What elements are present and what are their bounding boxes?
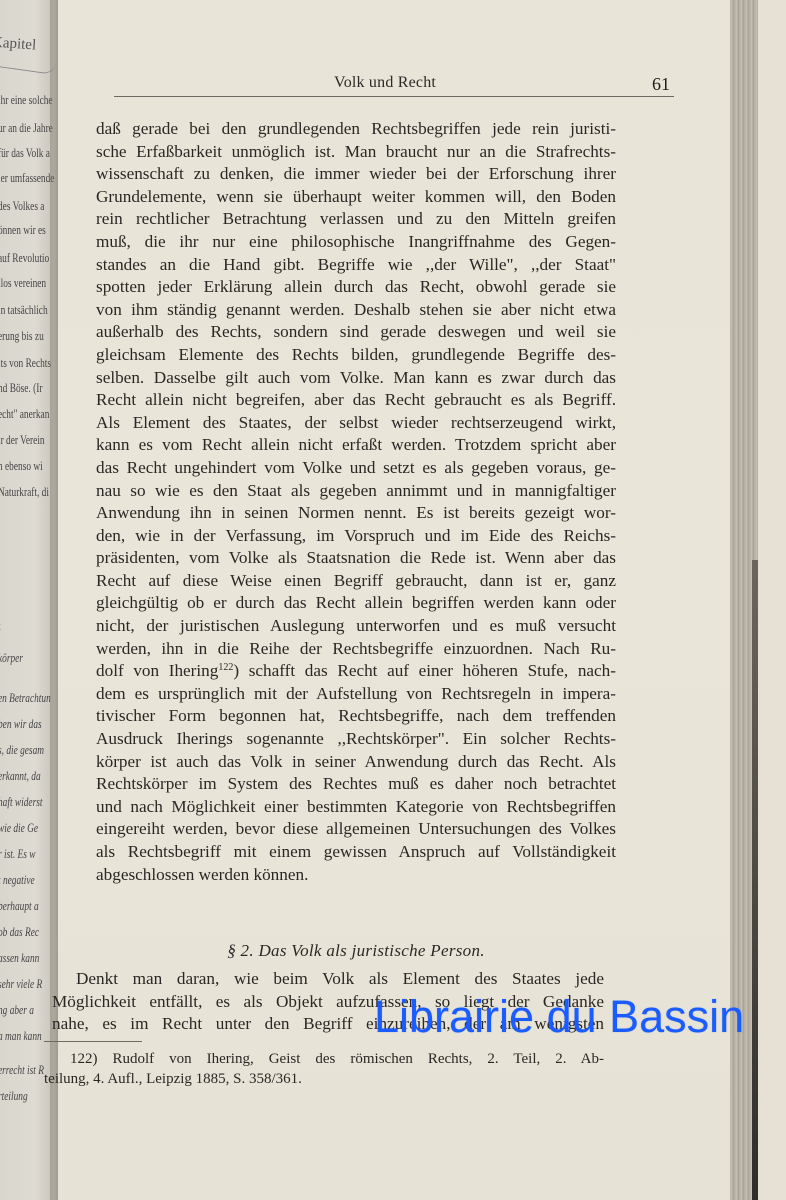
text-line: dem es ursprünglich mit der Aufstellung … <box>96 683 616 706</box>
text-line: Rechtskörper im System des Rechtes muß e… <box>96 773 616 796</box>
left-page-fragment: n ebenso wi <box>0 458 43 474</box>
text-line: präsidenten, vom Volke als Staatsnation … <box>96 547 616 570</box>
text-line: tivischer Form begonnen hat, Rechtsbegri… <box>96 705 616 728</box>
left-page-fragment: sehr viele R <box>0 976 42 992</box>
left-page-fragment: ng aber a <box>0 1002 34 1018</box>
left-page-fragment: für das Volk a <box>0 145 50 161</box>
text-line: kann es vom Recht allein nicht erfaßt we… <box>96 434 616 457</box>
left-page-fragment: ler umfassende <box>0 170 54 186</box>
text-line: eingereiht werden, bevor diese allgemein… <box>96 818 616 841</box>
text-line: muß, die ihr nur eine philosophische Ina… <box>96 231 616 254</box>
left-page-fragment: ihr eine solche <box>0 92 53 108</box>
text-line: Recht allein nicht begreifen, aber das R… <box>96 389 616 412</box>
left-page-header-rule <box>0 54 57 75</box>
left-page-fragment: en Betrachtun <box>0 690 51 706</box>
left-page-fragment: ir der Verein <box>0 432 45 448</box>
left-page-fragment: rteilung <box>0 1088 28 1104</box>
text-line: Grundelemente, wenn sie überhaupt weiter… <box>96 186 616 209</box>
left-page-fragment: a man kann <box>0 1028 42 1044</box>
text-line: von ihm ständig genannt werden. Deshalb … <box>96 299 616 322</box>
left-page-fragment: ob das Rec <box>0 924 39 940</box>
ihering-text-after: ) schafft das Recht auf einer höheren St… <box>233 661 616 680</box>
left-page-fragment: haft widerst <box>0 794 42 810</box>
left-page-fragment: t negative <box>0 872 35 888</box>
body-lines: daß gerade bei den grundlegenden Rechtsb… <box>96 118 616 660</box>
text-line: spotten jeder Erklärung allein durch das… <box>96 276 616 299</box>
text-line: nicht, der juristischen Auslegung unterw… <box>96 615 616 638</box>
text-line: außerhalb des Rechts, sondern sind gerad… <box>96 321 616 344</box>
text-line: körper ist auch das Volk in seiner Anwen… <box>96 751 616 774</box>
text-line: Anwendung ihn in seinen Normen nennt. Es… <box>96 502 616 525</box>
left-page-fragment: in tatsächlich <box>0 302 48 318</box>
footnote-ref-122[interactable]: 122 <box>218 662 233 673</box>
left-page-fragment: auf Revolutio <box>0 250 49 266</box>
footnotes: 122) Rudolf von Ihering, Geist des römis… <box>44 1049 604 1089</box>
footnote-122-line1: 122) Rudolf von Ihering, Geist des römis… <box>44 1049 604 1069</box>
text-line: wissenschaft zu denken, die immer wieder… <box>96 163 616 186</box>
text-line: das Recht ungehindert vom Volke und setz… <box>96 457 616 480</box>
text-line: Recht auf diese Weise einen Begriff gebr… <box>96 570 616 593</box>
left-page-fragment: t <box>0 618 1 634</box>
left-page-fragment: berhaupt a <box>0 898 39 914</box>
text-line: gleichgültig ob er durch das Recht allei… <box>96 592 616 615</box>
watermark: Librairie du Bassin <box>374 994 744 1039</box>
text-line: rein rechtlicher Betrachtung verlassen u… <box>96 208 616 231</box>
left-page-fragment: ur an die Jahre <box>0 120 53 136</box>
text-line: daß gerade bei den grundlegenden Rechtsb… <box>96 118 616 141</box>
text-line: Denkt man daran, wie beim Volk als Eleme… <box>52 968 604 991</box>
section-heading: § 2. Das Volk als juristische Person. <box>96 941 616 961</box>
left-page-fragment: körper <box>0 650 23 666</box>
text-line: und nach Möglichkeit einer bestimmten Ka… <box>96 796 616 819</box>
left-page-fragment: echt" anerkan <box>0 406 49 422</box>
left-page-fragment: nd Böse. (Ir <box>0 380 42 396</box>
body-text: daß gerade bei den grundlegenden Rechtsb… <box>96 118 616 886</box>
running-head: Volk und Recht 61 <box>114 72 674 97</box>
left-page-fragment: its von Rechts <box>0 355 51 371</box>
text-line: sche Erfaßbarkeit unmöglich ist. Man bra… <box>96 141 616 164</box>
text-line: werden, ihn in die Reihe der Rechtsbegri… <box>96 638 616 661</box>
body-lines-after: dem es ursprünglich mit der Aufstellung … <box>96 683 616 886</box>
left-page-fragment: Naturkraft, di <box>0 484 49 500</box>
left-page-fragment: önnen wir es <box>0 222 46 238</box>
left-page-fragment: erkannt, da <box>0 768 41 784</box>
book-spread: Kapitel ihr eine solcheur an die Jahrefü… <box>0 0 786 1200</box>
text-line: Als Element des Staates, der selbst wied… <box>96 412 616 435</box>
left-page-fragment: des Volkes a <box>0 198 44 214</box>
text-line: selben. Dasselbe gilt auch vom Volke. Ma… <box>96 367 616 390</box>
ihering-text: dolf von Ihering <box>96 661 218 680</box>
text-line: nau so wie es den Staat als gegeben anni… <box>96 480 616 503</box>
left-page-fragment: errecht ist R <box>0 1062 44 1078</box>
text-line: gleichsam Elemente des Rechts bilden, gr… <box>96 344 616 367</box>
left-page-fragment: s, die gesam <box>0 742 44 758</box>
left-page-fragment: ben wir das <box>0 716 42 732</box>
footnote-122-line2: teilung, 4. Aufl., Leipzig 1885, S. 358/… <box>44 1069 604 1089</box>
left-page-fragment: r ist. Es w <box>0 846 35 862</box>
cover-edge <box>752 560 758 1200</box>
text-line: als Rechtsbegriff mit einem gewissen Ans… <box>96 841 616 864</box>
left-page-fragment: wie die Ge <box>0 820 38 836</box>
footnote-rule <box>44 1041 142 1042</box>
text-line: Ausdruck Iherings sogenannte ,,Rechtskör… <box>96 728 616 751</box>
page-number: 61 <box>652 74 670 95</box>
left-page-header: Kapitel <box>0 34 37 54</box>
running-head-title: Volk und Recht <box>334 74 436 92</box>
left-page-fragment: erung bis zu <box>0 328 44 344</box>
text-line: standes an die Hand gibt. Begriffe wie ,… <box>96 254 616 277</box>
text-line: abgeschlossen werden können. <box>96 864 616 887</box>
text-line: den, wie in der Verfassung, im Vorspruch… <box>96 525 616 548</box>
body-line-ihering: dolf von Ihering122) schafft das Recht a… <box>96 660 616 683</box>
left-page-fragment: llos vereinen <box>0 275 46 291</box>
left-page-fragment: assen kann <box>0 950 39 966</box>
